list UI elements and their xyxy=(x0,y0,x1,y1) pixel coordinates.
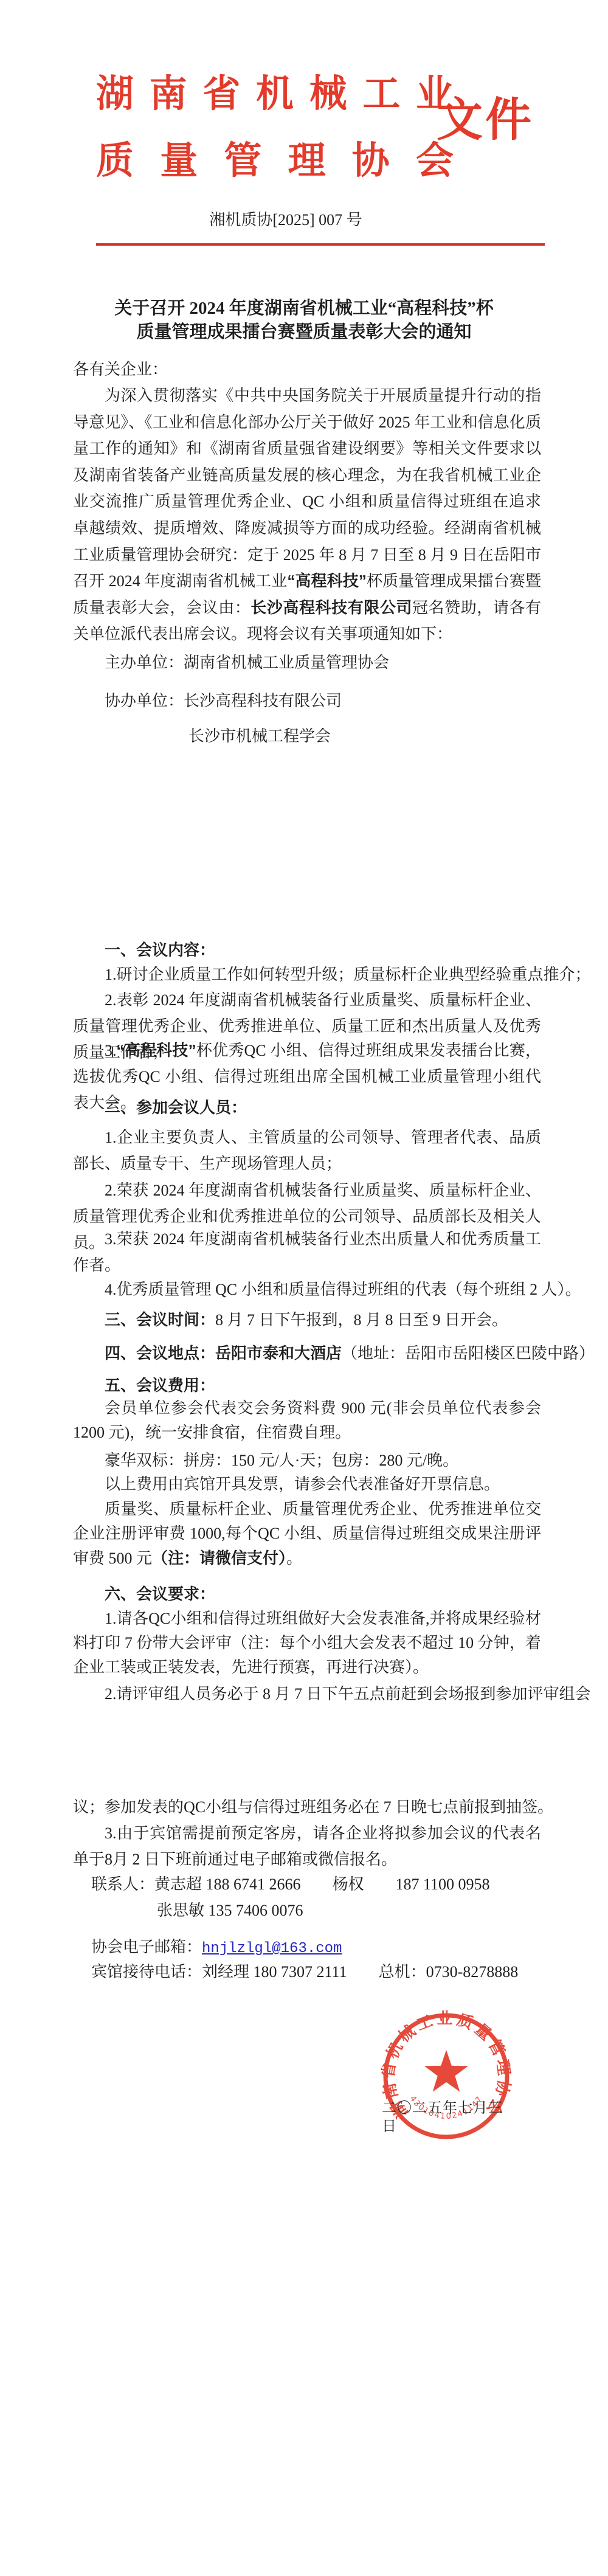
contact-line-2: 张思敏 135 7406 0076 xyxy=(157,1897,608,1923)
section-2-heading: 二、参加会议人员： xyxy=(73,1095,541,1121)
section-4-venue: 四、会议地点：岳阳市泰和大酒店（地址：岳阳市岳阳楼区巴陵中路） xyxy=(73,1340,541,1366)
letterhead-divider xyxy=(96,243,545,246)
section-5-room-rates: 豪华双标：拼房：150 元/人·天；包房：280 元/晚。 xyxy=(73,1447,541,1473)
salutation: 各有关企业： xyxy=(73,356,541,383)
emphasis-wechat-pay: （注：请微信支付） xyxy=(152,1549,286,1567)
emphasis-cup-name: “高程科技” xyxy=(287,572,367,590)
intro-text-1: 为深入贯彻落实《中共中央国务院关于开展质量提升行动的指导意见》、《工业和信息化部… xyxy=(73,387,541,590)
section-6-item-2-part1: 2.请评审组人员务必于 8 月 7 日下午五点前赶到会场报到参加评审组会 xyxy=(73,1681,541,1707)
email-label: 协会电子邮箱： xyxy=(91,1938,202,1956)
emphasis-sponsor-name: 长沙高程科技有限公司 xyxy=(250,598,412,617)
host-organizer: 主办单位：湖南省机械工业质量管理协会 xyxy=(73,649,541,676)
section-6-item-1: 1.请各QC小组和信得过班组做好大会发表准备,并将成果经验材料打印 7 份带大会… xyxy=(73,1607,541,1680)
letterhead-doc-label: 文件 xyxy=(437,96,534,145)
association-email-link[interactable]: hnjlzlgl@163.com xyxy=(202,1941,342,1957)
document-page: 湖南省机械工业 质量管理协会 文件 湘机质协[2025] 007 号 关于召开 … xyxy=(0,0,608,2576)
issue-date: 二〇二五年七月三日 xyxy=(382,2099,516,2136)
section-4-text: （地址：岳阳市岳阳楼区巴陵中路） xyxy=(342,1345,595,1362)
emphasis-cup-name-2: “高程科技” xyxy=(117,1041,196,1059)
section-3-text: 8 月 7 日下午报到，8 月 8 日至 9 日开会。 xyxy=(215,1311,508,1329)
section-3-heading: 三、会议时间： xyxy=(105,1311,215,1329)
doc-title-line2: 质量管理成果擂台赛暨质量表彰大会的通知 xyxy=(49,320,559,344)
hotel-phone-line: 宾馆接待电话：刘经理 180 7307 2111 总机：0730-8278888 xyxy=(91,1959,559,1985)
section-5-invoice-note: 以上费用由宾馆开具发票，请参会代表准备好开票信息。 xyxy=(73,1471,541,1497)
review-fee-period: 。 xyxy=(286,1549,302,1567)
doc-number: 湘机质协[2025] 007 号 xyxy=(0,210,572,230)
section-3-time: 三、会议时间：8 月 7 日下午报到，8 月 8 日至 9 日开会。 xyxy=(73,1307,541,1333)
doc-title: 关于召开 2024 年度湖南省机械工业“高程科技”杯 质量管理成果擂台赛暨质量表… xyxy=(49,297,559,344)
section-6-item-2-part2: 议；参加发表的QC小组与信得过班组务必在 7 日晚七点前报到抽签。 xyxy=(73,1794,541,1820)
co-organizer: 协办单位：长沙高程科技有限公司 xyxy=(73,688,541,714)
section-2-item-4: 4.优秀质量管理 QC 小组和质量信得过班组的代表（每个班组 2 人）。 xyxy=(73,1276,541,1303)
section-4-heading: 四、会议地点：岳阳市泰和大酒店 xyxy=(105,1344,342,1362)
section-5-fee: 会员单位参会代表交会务资料费 900 元(非会员单位代表参会 1200 元)，统… xyxy=(73,1396,541,1445)
co-organizer-2: 长沙市机械工程学会 xyxy=(188,723,608,749)
intro-paragraph: 为深入贯彻落实《中共中央国务院关于开展质量提升行动的指导意见》、《工业和信息化部… xyxy=(73,383,541,648)
section-6-heading: 六、会议要求： xyxy=(73,1581,541,1607)
review-fee-text: 质量奖、质量标杆企业、质量管理优秀企业、优秀推进单位交企业注册评审费 1000,… xyxy=(73,1500,541,1567)
section-1-heading: 一、会议内容： xyxy=(73,937,541,963)
section-6-item-3: 3.由于宾馆需提前预定客房，请各企业将拟参加会议的代表名单于8月 2 日下班前通… xyxy=(73,1820,541,1872)
section-1-item-1: 1.研讨企业质量工作如何转型升级；质量标杆企业典型经验重点推介； xyxy=(73,961,541,988)
contact-line-1: 联系人：黄志超 188 6741 2666 杨权 187 1100 0958 xyxy=(91,1871,559,1897)
section-2-item-1: 1.企业主要负责人、主管质量的公司领导、管理者代表、品质部长、质量专干、生产现场… xyxy=(73,1124,541,1177)
section-5-heading: 五、会议费用： xyxy=(73,1373,541,1399)
star-icon xyxy=(424,2050,468,2092)
email-line: 协会电子邮箱：hnjlzlgl@163.com xyxy=(91,1934,559,1962)
doc-title-line1: 关于召开 2024 年度湖南省机械工业“高程科技”杯 xyxy=(49,297,559,320)
letterhead-org-line2: 质量管理协会 xyxy=(96,141,454,181)
item3-number: 3. xyxy=(105,1042,117,1059)
section-2-item-3: 3.荣获 2024 年度湖南省机械装备行业杰出质量人和优秀质量工作者。 xyxy=(73,1226,541,1278)
letterhead-org-line1: 湖南省机械工业 xyxy=(96,74,454,114)
section-5-review-fee: 质量奖、质量标杆企业、质量管理优秀企业、优秀推进单位交企业注册评审费 1000,… xyxy=(73,1497,541,1571)
